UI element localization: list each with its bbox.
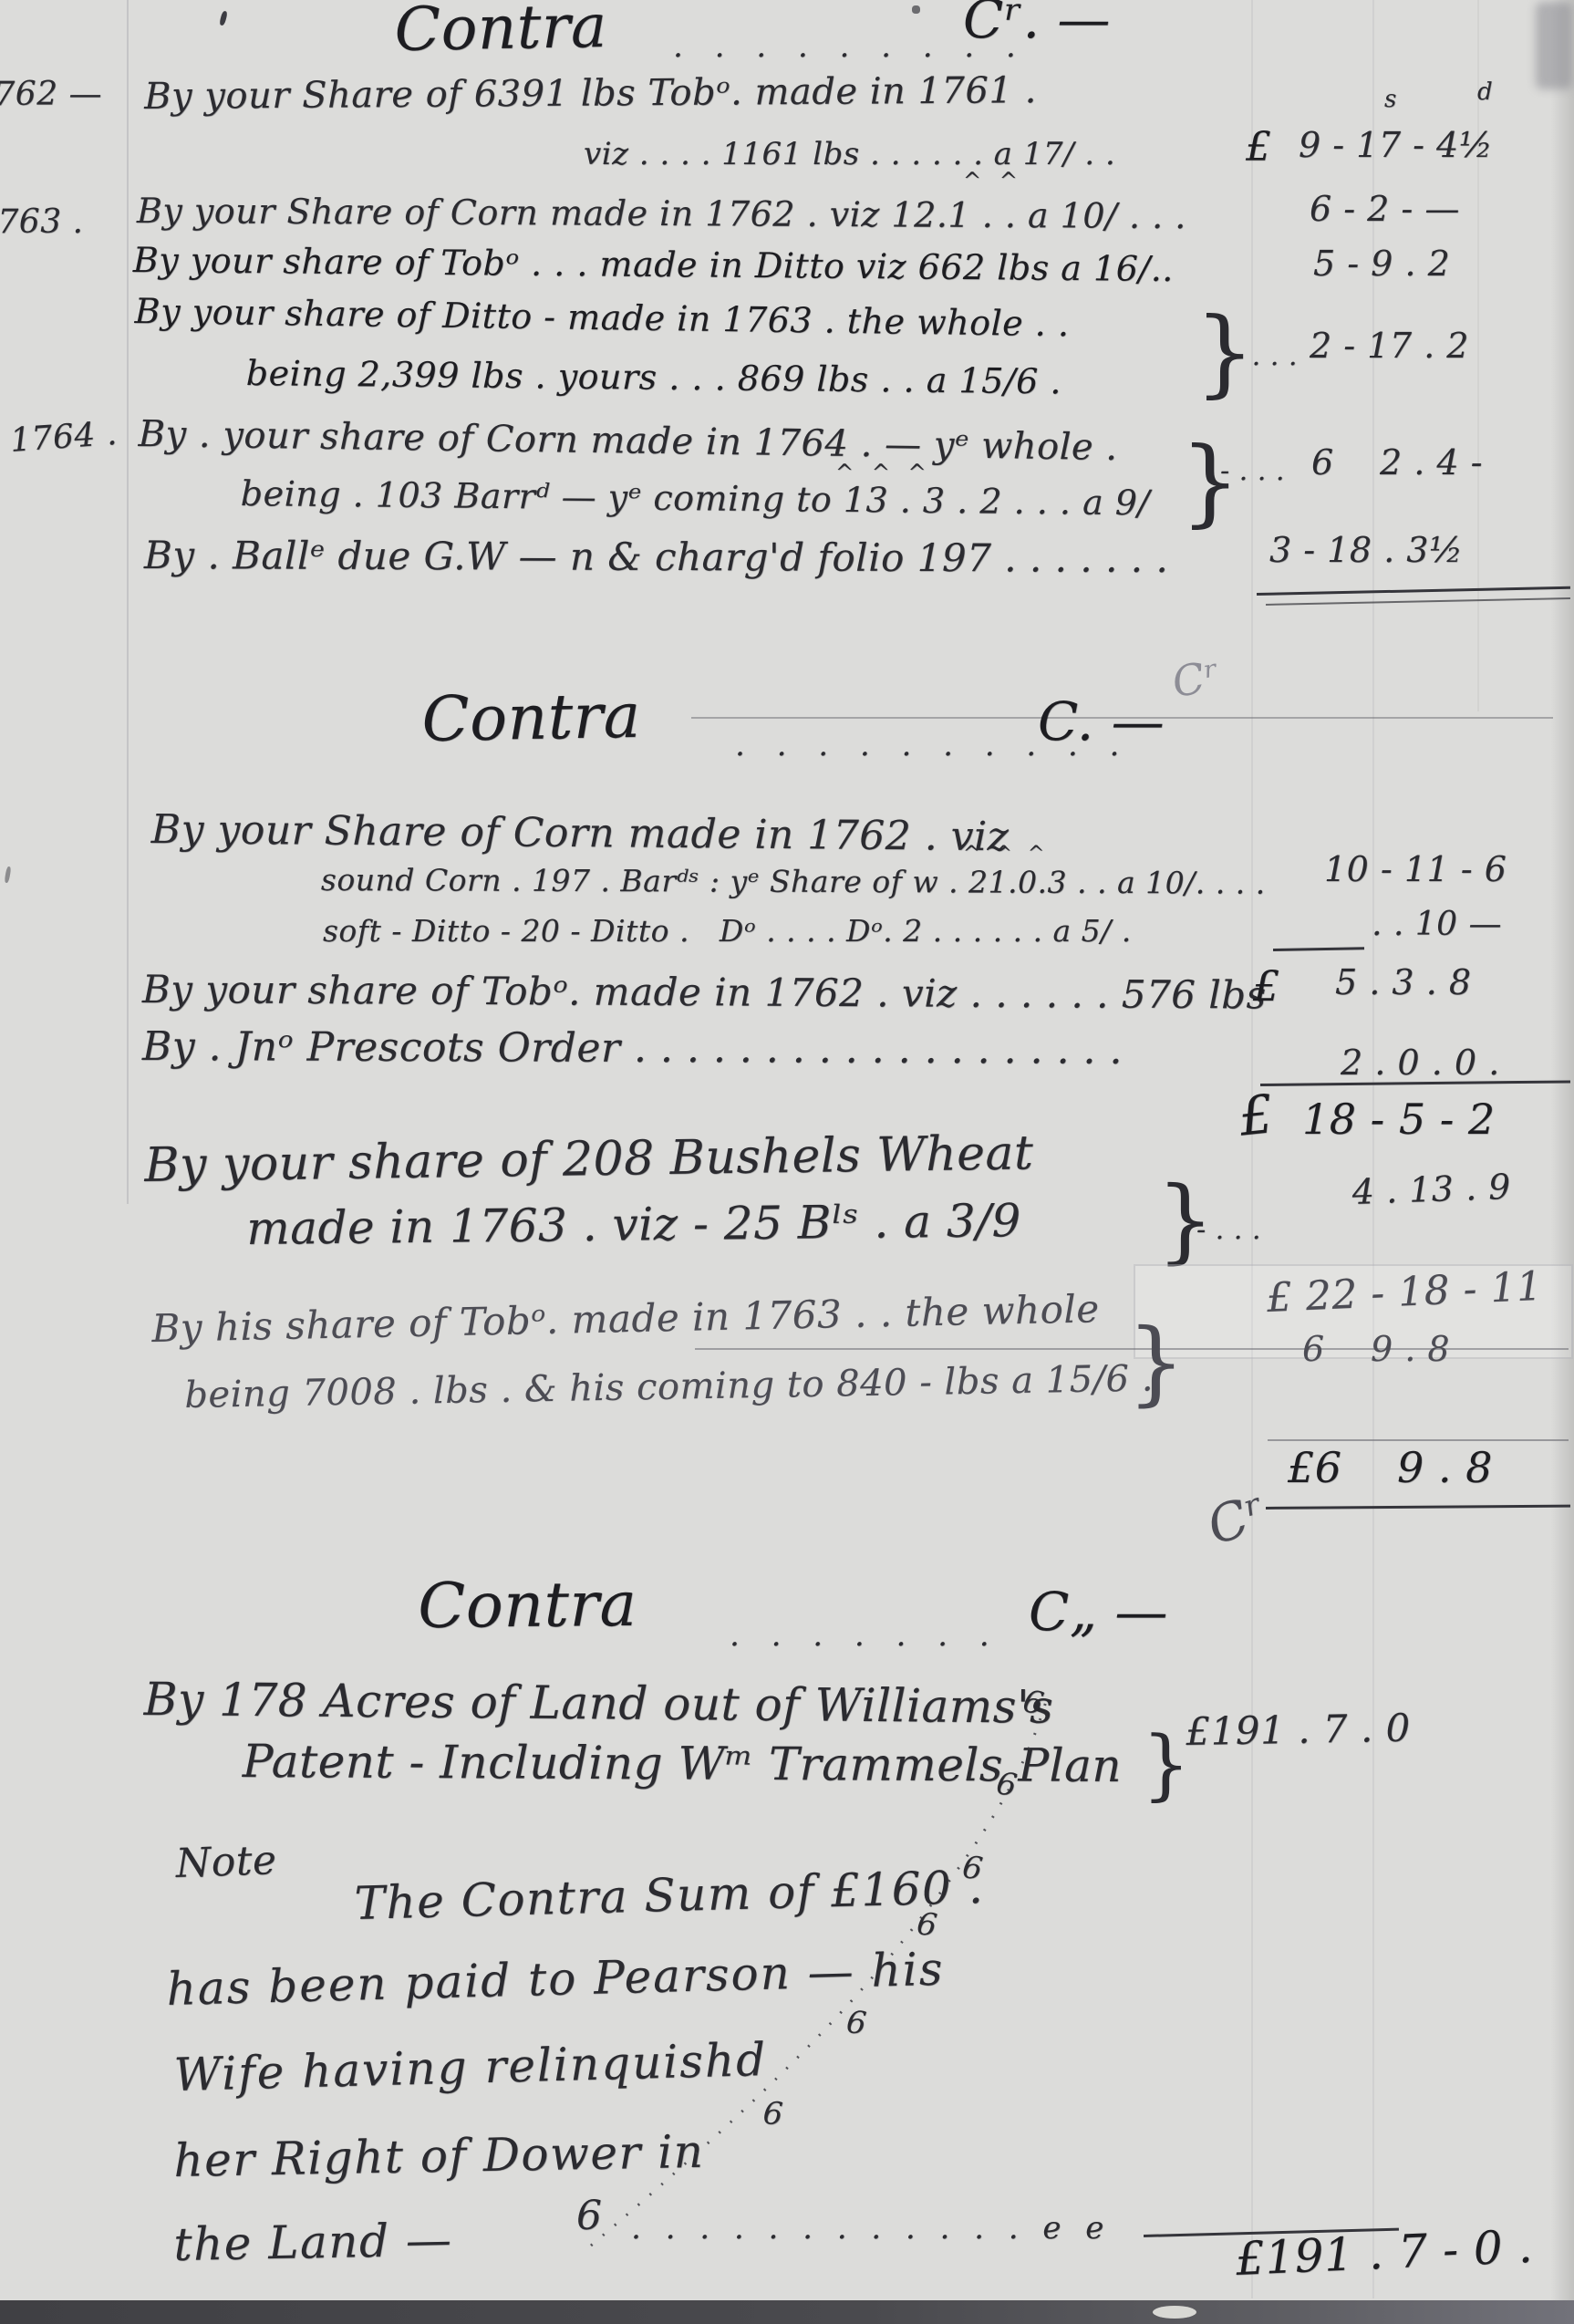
- flourish-curl: 6: [844, 2007, 868, 2039]
- credit-abbreviation: C„ —: [1029, 1585, 1168, 1638]
- note-line: The Contra Sum of £160 .: [354, 1864, 985, 1926]
- entry-line: By 178 Acres of Land out of Williams's: [144, 1676, 1054, 1730]
- flourish-curl: 6: [762, 2098, 784, 2130]
- dotted-leader: . . . . . . . . . . . . e e: [631, 2213, 1111, 2244]
- note-line: Wife having relinquishd: [173, 2037, 768, 2098]
- note-line: has been paid to Pearson — his: [166, 1946, 945, 2012]
- flourish-curl: 6: [960, 1852, 985, 1885]
- ledger-page: Contra . . . . . . . . . Cʳ. — s d 1762 …: [0, 0, 1574, 2324]
- entry-line: Patent - Including Wᵐ Trammels Plan: [243, 1738, 1122, 1789]
- section-title: Contra: [418, 1574, 637, 1638]
- section-contra-3: Cʳ Contra . . . . . . . C„ — By 178 Acre…: [0, 0, 1574, 2324]
- note-label: Note: [175, 1841, 277, 1884]
- grand-total-amount: £191 . 7 - 0 .: [1235, 2224, 1534, 2282]
- dotted-leader: . . . . . . .: [730, 1620, 1000, 1651]
- brace: }: [1142, 1726, 1190, 1802]
- flourish-curl: 6: [994, 1768, 1020, 1801]
- note-line: her Right of Dower in: [173, 2129, 705, 2184]
- flourish-curl: 6: [576, 2196, 603, 2236]
- note-line: the Land —: [173, 2217, 453, 2267]
- amount: £191 . 7 . 0: [1186, 1709, 1411, 1751]
- credit-flourish: Cʳ: [1202, 1487, 1273, 1553]
- flourish-curl: 6: [915, 1908, 939, 1942]
